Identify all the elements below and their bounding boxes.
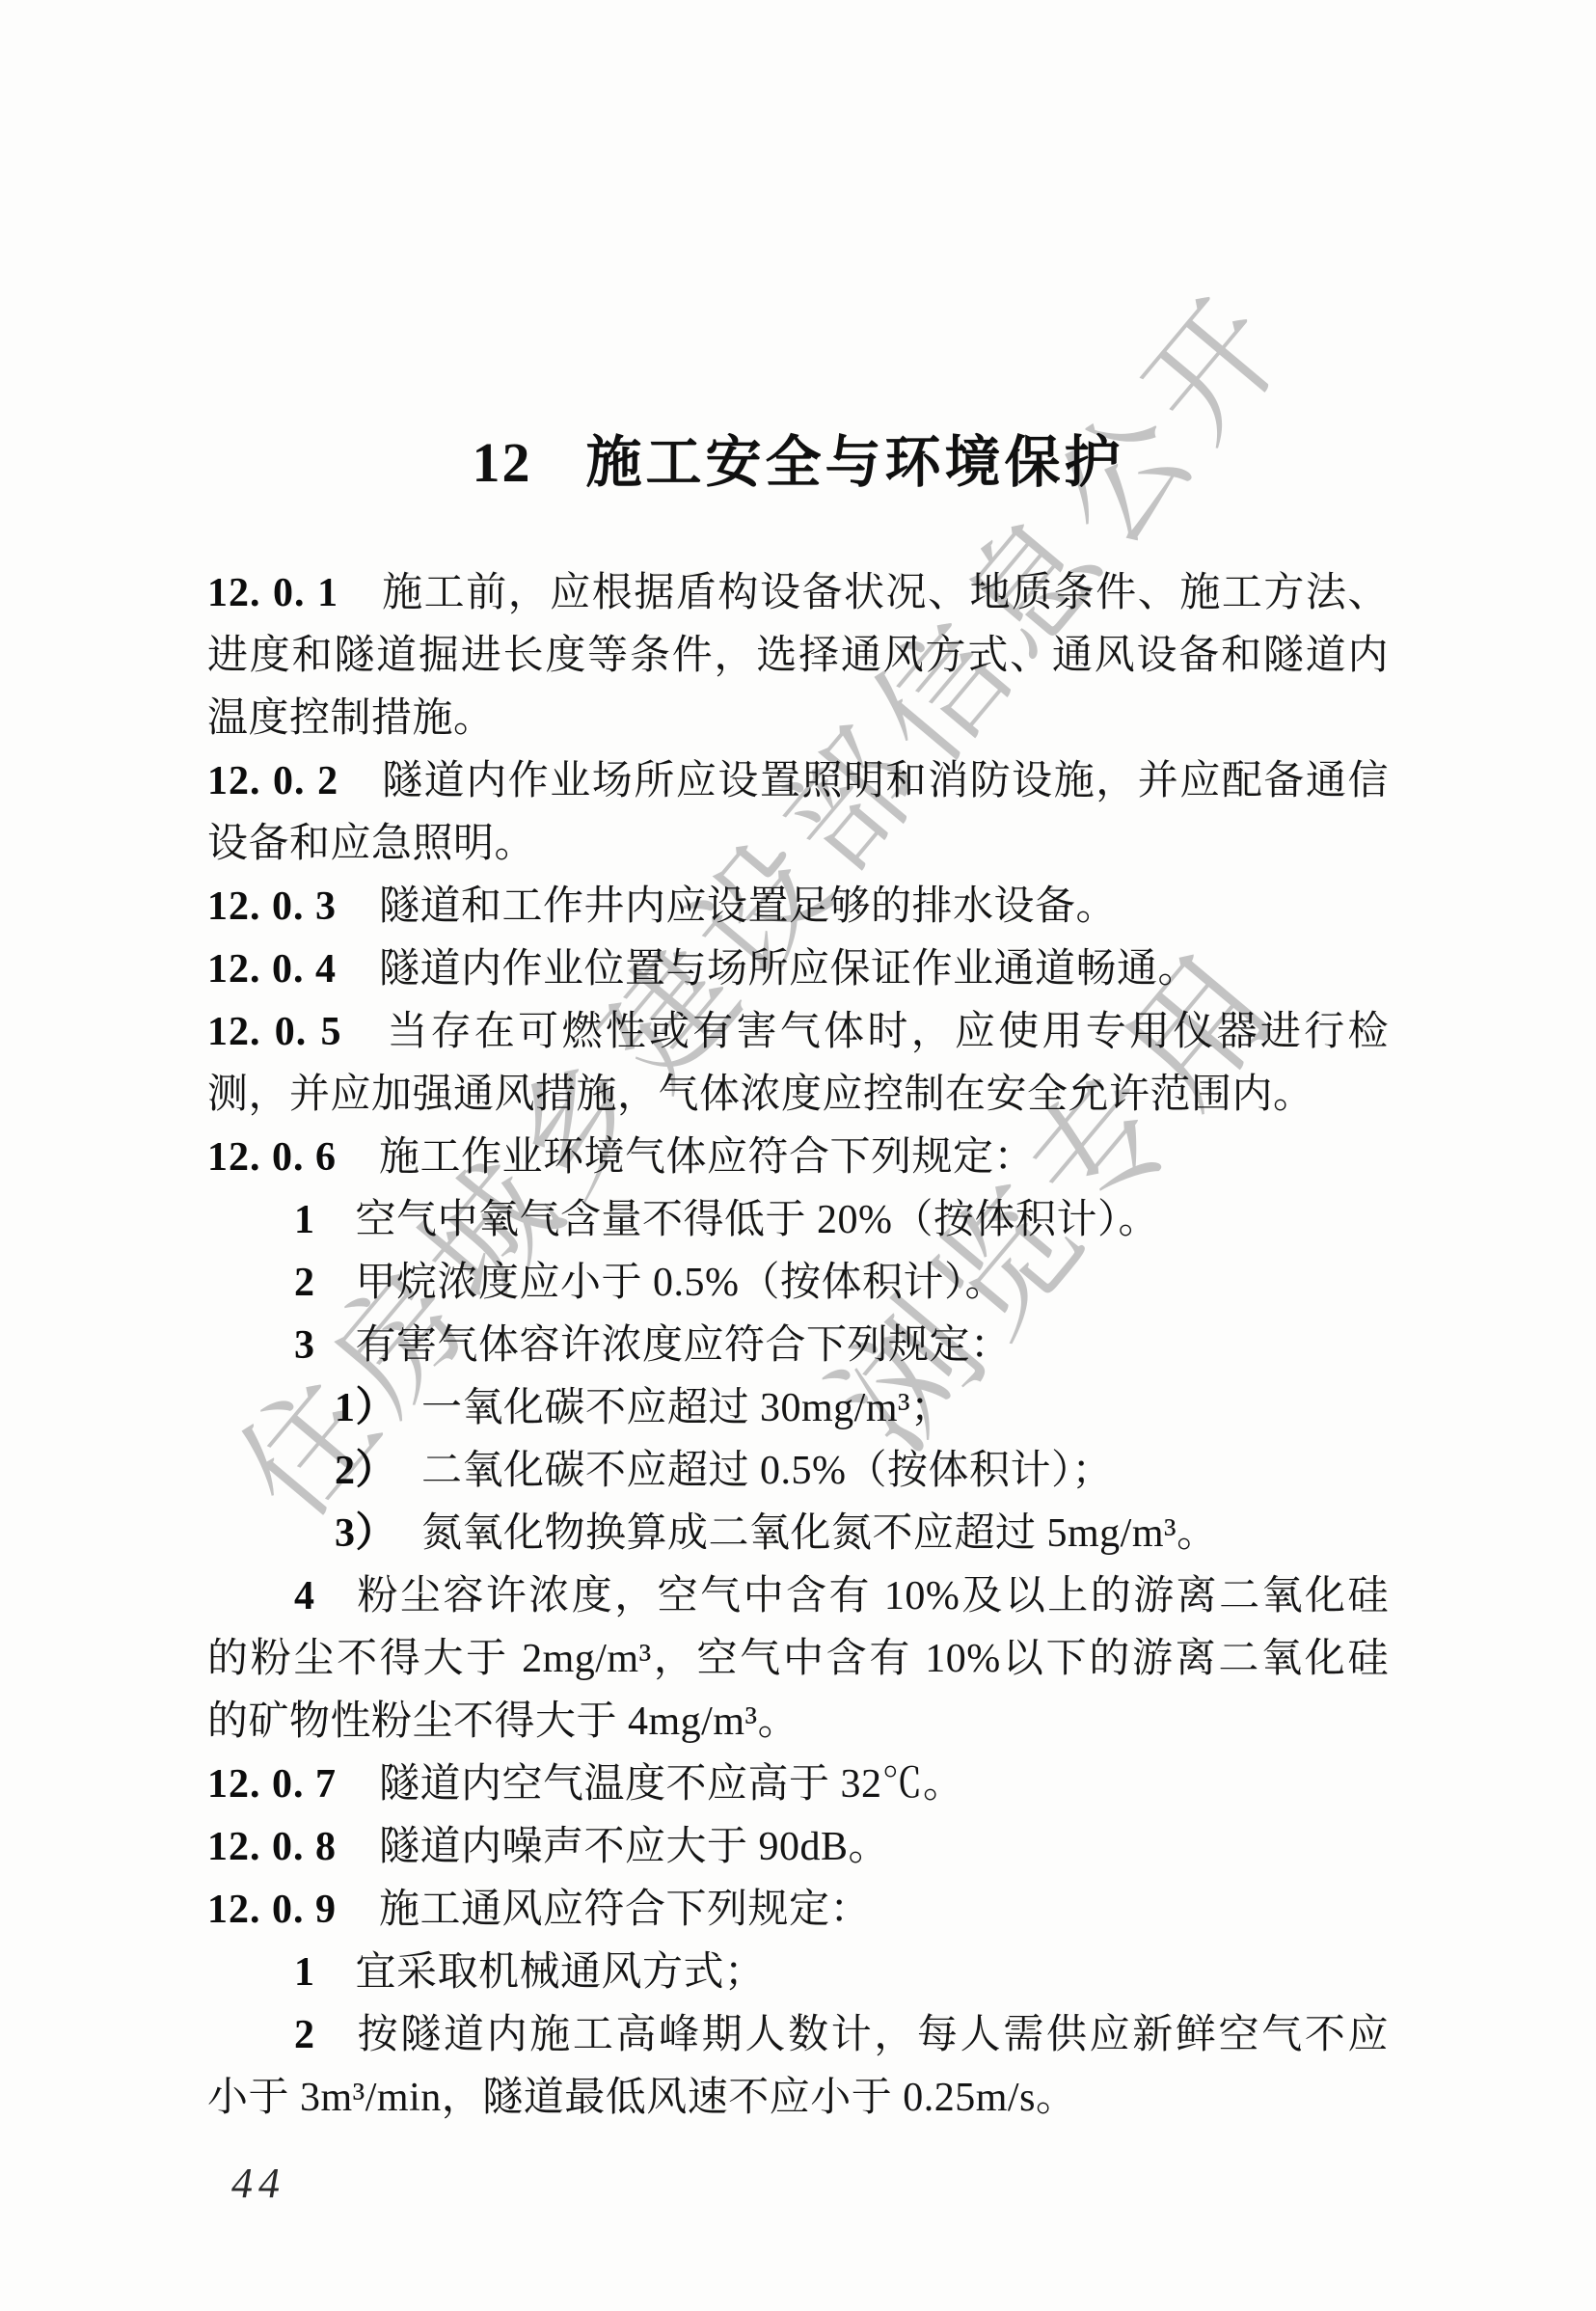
clause-text: 空气中氧气含量不得低于 20%（按体积计）。 [356, 1198, 1160, 1242]
text-line: 测，并应加强通风措施，气体浓度应控制在安全允许范围内。 [207, 1064, 1314, 1127]
text-line: 1宜采取机械通风方式； [294, 1942, 766, 2004]
chapter-title-text: 施工安全与环境保护 [585, 431, 1123, 494]
clause-number: 12. 0. 1 [207, 571, 338, 615]
clause-text: 温度控制措施。 [207, 696, 495, 741]
clause-text: 一氧化碳不应超过 30mg/m³； [421, 1386, 952, 1430]
clause-number: 2 [294, 2013, 315, 2057]
clause-text: 当存在可燃性或有害气体时，应使用专用仪器进行检 [385, 1010, 1389, 1054]
chapter-title: 12施工安全与环境保护 [0, 417, 1596, 498]
text-line: 3）氮氧化物换算成二氧化氮不应超过 5mg/m³。 [335, 1503, 1218, 1565]
clause-number: 12. 0. 5 [207, 1010, 342, 1054]
clause-text: 的矿物性粉尘不得大于 4mg/m³。 [207, 1699, 798, 1744]
chapter-number: 12 [472, 431, 531, 494]
clause-number: 12. 0. 6 [207, 1135, 337, 1180]
text-line: 1空气中氧气含量不得低于 20%（按体积计）。 [294, 1189, 1159, 1252]
clause-number: 2 [294, 1261, 315, 1305]
text-line: 1）一氧化碳不应超过 30mg/m³； [335, 1377, 952, 1440]
clause-number: 12. 0. 2 [207, 759, 338, 803]
clause-text: 氮氧化物换算成二氧化氮不应超过 5mg/m³。 [421, 1511, 1218, 1556]
clause-number: 1 [294, 1198, 315, 1242]
clause-text: 隧道和工作井内应设置足够的排水设备。 [379, 884, 1117, 929]
text-line: 2甲烷浓度应小于 0.5%（按体积计）。 [294, 1252, 1006, 1315]
clause-text: 粉尘容许浓度，空气中含有 10%及以上的游离二氧化硅 [356, 1574, 1390, 1618]
text-line: 的粉尘不得大于 2mg/m³，空气中含有 10%以下的游离二氧化硅 [207, 1628, 1389, 1691]
clause-number: 12. 0. 8 [207, 1825, 337, 1869]
clause-text: 按隧道内施工高峰期人数计，每人需供应新鲜空气不应 [356, 2013, 1390, 2057]
clause-text: 施工作业环境气体应符合下列规定： [379, 1135, 1035, 1180]
clause-number: 12. 0. 9 [207, 1888, 337, 1932]
text-line: 12. 0. 5当存在可燃性或有害气体时，应使用专用仪器进行检 [207, 1001, 1389, 1064]
clause-text: 隧道内作业位置与场所应保证作业通道畅通。 [379, 947, 1199, 992]
text-line: 12. 0. 2隧道内作业场所应设置照明和消防设施，并应配备通信 [207, 750, 1389, 813]
clause-text: 设备和应急照明。 [207, 822, 535, 866]
text-line: 12. 0. 1施工前，应根据盾构设备状况、地质条件、施工方法、 [207, 562, 1389, 625]
clause-number: 12. 0. 3 [207, 884, 337, 929]
text-line: 小于 3m³/min，隧道最低风速不应小于 0.25m/s。 [207, 2067, 1076, 2130]
text-line: 设备和应急照明。 [207, 813, 535, 876]
text-line: 12. 0. 9施工通风应符合下列规定： [207, 1879, 871, 1942]
clause-number: 4 [294, 1574, 315, 1618]
clause-number: 12. 0. 4 [207, 947, 337, 992]
text-line: 进度和隧道掘进长度等条件，选择通风方式、通风设备和隧道内 [207, 625, 1389, 688]
clause-text: 施工通风应符合下列规定： [379, 1888, 871, 1932]
text-line: 2）二氧化碳不应超过 0.5%（按体积计）； [335, 1440, 1113, 1503]
clause-text: 的粉尘不得大于 2mg/m³，空气中含有 10%以下的游离二氧化硅 [207, 1637, 1389, 1681]
text-line: 4粉尘容许浓度，空气中含有 10%及以上的游离二氧化硅 [294, 1565, 1389, 1628]
clause-number: 2） [335, 1449, 396, 1493]
text-line: 12. 0. 6施工作业环境气体应符合下列规定： [207, 1127, 1035, 1189]
clause-text: 二氧化碳不应超过 0.5%（按体积计）； [421, 1449, 1113, 1493]
clause-text: 隧道内作业场所应设置照明和消防设施，并应配备通信 [381, 759, 1389, 803]
text-line: 3有害气体容许浓度应符合下列规定： [294, 1315, 1012, 1377]
clause-text: 隧道内空气温度不应高于 32℃。 [379, 1762, 964, 1807]
text-line: 2按隧道内施工高峰期人数计，每人需供应新鲜空气不应 [294, 2004, 1389, 2067]
text-line: 12. 0. 3隧道和工作井内应设置足够的排水设备。 [207, 876, 1117, 938]
text-line: 温度控制措施。 [207, 688, 495, 750]
clause-number: 1 [294, 1950, 315, 1995]
clause-number: 3） [335, 1511, 396, 1556]
text-line: 12. 0. 8隧道内噪声不应大于 90dB。 [207, 1816, 889, 1879]
clause-text: 甲烷浓度应小于 0.5%（按体积计）。 [356, 1261, 1007, 1305]
clause-text: 宜采取机械通风方式； [356, 1950, 766, 1995]
page-number: 44 [231, 2159, 285, 2208]
clause-text: 施工前，应根据盾构设备状况、地质条件、施工方法、 [381, 571, 1389, 615]
clause-number: 12. 0. 7 [207, 1762, 337, 1807]
clause-text: 进度和隧道掘进长度等条件，选择通风方式、通风设备和隧道内 [207, 634, 1389, 678]
clause-text: 隧道内噪声不应大于 90dB。 [379, 1825, 889, 1869]
text-line: 12. 0. 4隧道内作业位置与场所应保证作业通道畅通。 [207, 938, 1199, 1001]
clause-text: 有害气体容许浓度应符合下列规定： [356, 1323, 1012, 1368]
document-page: 住房城乡建设部信息公开 浏览专用 12施工安全与环境保护 12. 0. 1施工前… [0, 0, 1596, 2311]
clause-number: 1） [335, 1386, 396, 1430]
clause-number: 3 [294, 1323, 315, 1368]
text-line: 12. 0. 7隧道内空气温度不应高于 32℃。 [207, 1754, 964, 1816]
clause-text: 测，并应加强通风措施，气体浓度应控制在安全允许范围内。 [207, 1073, 1314, 1117]
text-line: 的矿物性粉尘不得大于 4mg/m³。 [207, 1691, 798, 1754]
clause-text: 小于 3m³/min，隧道最低风速不应小于 0.25m/s。 [207, 2076, 1076, 2120]
